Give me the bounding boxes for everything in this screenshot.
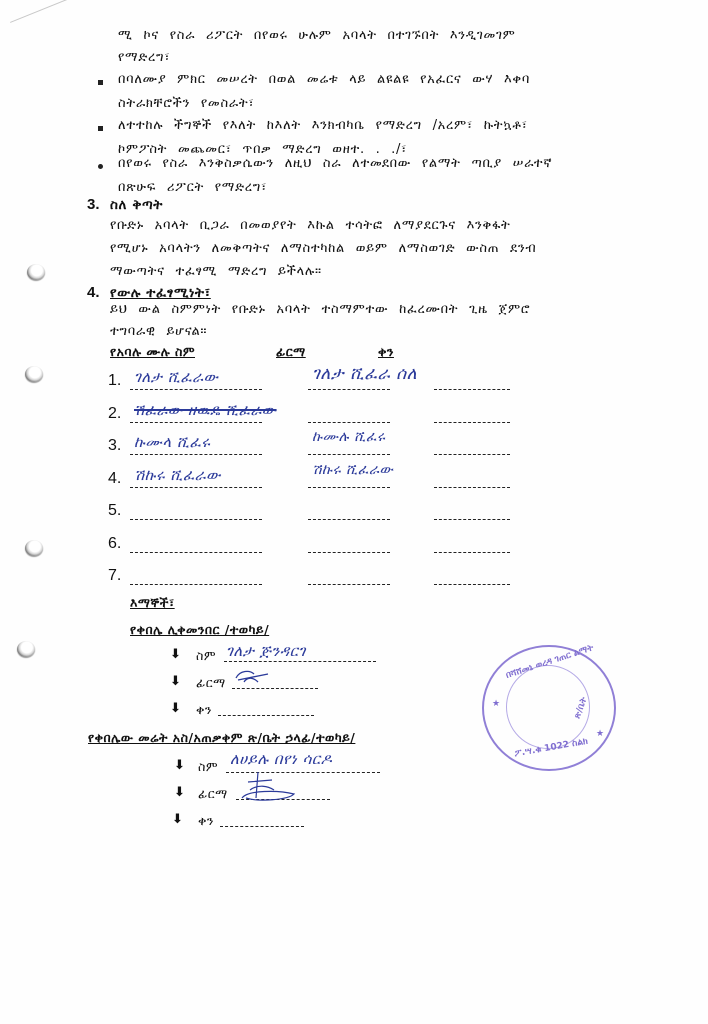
- header-date: ቀን: [378, 344, 394, 360]
- row-number: 7.: [108, 567, 121, 585]
- section-4-line-2: ተግባራዊ ይሆናል።: [110, 320, 207, 344]
- bullet-round-icon: [98, 164, 103, 169]
- arrow-down-icon: ⬇: [172, 812, 183, 827]
- kebele-date-label: ቀን: [196, 702, 212, 718]
- scan-artifact-line: [10, 0, 112, 23]
- row-number: 6.: [108, 535, 121, 553]
- section-4-line-1: ይህ ውል ስምምነት የቡድኑ አባላት ተስማምተው ከፈረሙበት ጊዜ ጀ…: [110, 298, 530, 322]
- member-signature-field[interactable]: [308, 519, 390, 520]
- member-date-field[interactable]: [434, 389, 510, 390]
- bullet-square-icon: [98, 80, 103, 85]
- bullet-2-line-1: ለተተከሉ ችግኞች የእለት ከእለት እንክብካቤ የማድረግ /አረም፣ …: [118, 114, 528, 138]
- official-stamp: በሻሸመኔ ወረዳ ገጠር ልማት ጽ/ቤት ፖ.ሣ.ቁ 1022 ስልክ ★ …: [482, 645, 616, 771]
- member-name-field[interactable]: [130, 487, 262, 488]
- row-number: 1.: [108, 372, 121, 390]
- section-3-number: 3.: [87, 196, 100, 213]
- arrow-down-icon: ⬇: [170, 701, 181, 716]
- member-name-value: ሽኩሩ ሺፈራው: [134, 466, 221, 484]
- section-3-line-1: የቡድኑ አባላት ቢጋራ በመወያየት እኩል ተሳትፎ ለማያደርጉና እን…: [110, 214, 511, 238]
- member-name-field[interactable]: [130, 422, 262, 423]
- kebele-date-field[interactable]: [218, 715, 314, 716]
- member-signature-field[interactable]: [308, 552, 390, 553]
- intro-line-2: የማድረግ፣: [118, 46, 170, 70]
- section-3-title: ስለ ቅጣት: [110, 197, 163, 213]
- member-date-field[interactable]: [434, 454, 510, 455]
- punch-hole: [25, 540, 43, 556]
- row-number: 4.: [108, 470, 121, 488]
- land-office-name-value: ለሀይሉ በየነ ሳርዶ: [230, 750, 332, 768]
- bullet-square-icon: [98, 126, 103, 131]
- star-icon: ★: [492, 699, 500, 709]
- member-signature-value: ገለታ ሺፈራ ሰለ: [312, 364, 417, 384]
- kebele-name-value: ገለታ ጅንዳርገ: [226, 642, 306, 660]
- member-name-value: ሽፈራው ዘዉዴ ሺፈራው: [134, 401, 277, 419]
- row-number: 3.: [108, 437, 121, 455]
- member-date-field[interactable]: [434, 487, 510, 488]
- witnesses-title: እማኞች፣: [130, 595, 175, 611]
- arrow-down-icon: ⬇: [174, 758, 185, 773]
- member-signature-field[interactable]: [308, 422, 390, 423]
- punch-hole: [25, 366, 43, 382]
- member-signature-field[interactable]: [308, 487, 390, 488]
- land-office-date-label: ቀን: [198, 813, 214, 829]
- member-name-value: ኩሙላ ሺፈሩ: [134, 433, 210, 451]
- section-3-line-3: ማውጣትና ተፈፃሚ ማድረግ ይችላሉ።: [110, 260, 322, 284]
- row-number: 2.: [108, 405, 121, 423]
- bullet-1-line-1: በባለሙያ ምክር መሠረት በወል መሬቱ ላይ ልዩልዩ የአፈርና ውሃ …: [118, 68, 530, 92]
- bullet-3-line-1: በየወሩ የስራ እንቅስቃሴውን ለዚህ ስራ ለተመደበው የልማት ጣቢያ…: [118, 152, 552, 176]
- bullet-1-line-2: ስትራክቸሮችን የመስራት፣: [118, 92, 254, 116]
- land-office-signature-label: ፊርማ: [198, 786, 228, 802]
- header-signature: ፊርማ: [276, 344, 306, 360]
- member-date-field[interactable]: [434, 584, 510, 585]
- section-4-number: 4.: [87, 284, 100, 301]
- kebele-chair-title: የቀበሌ ሊቀመንበር /ተወካይ/: [130, 622, 269, 638]
- member-name-field[interactable]: [130, 552, 262, 553]
- header-full-name: የአባሉ ሙሉ ስም: [110, 344, 195, 360]
- kebele-name-label: ስም: [196, 648, 216, 664]
- scanned-document-page: ሚ ኮና የስራ ሪፖርት በየወሩ ሁሉም አባላት በተገኙበት እንዲገመ…: [0, 0, 708, 1024]
- member-name-field[interactable]: [130, 519, 262, 520]
- member-signature-value: ሽኩሩ ሺፈራው: [312, 462, 393, 478]
- member-date-field[interactable]: [434, 552, 510, 553]
- member-signature-value: ኩሙሉ ሺፈሩ: [312, 429, 385, 445]
- arrow-down-icon: ⬇: [174, 785, 185, 800]
- arrow-down-icon: ⬇: [170, 674, 181, 689]
- star-icon: ★: [596, 729, 604, 739]
- member-name-field[interactable]: [130, 584, 262, 585]
- kebele-name-field[interactable]: [224, 661, 376, 662]
- land-office-signature-scribble: [238, 768, 298, 812]
- land-office-name-label: ስም: [198, 759, 218, 775]
- punch-hole: [27, 264, 45, 280]
- member-signature-field[interactable]: [308, 454, 390, 455]
- kebele-signature-label: ፊርማ: [196, 675, 226, 691]
- member-date-field[interactable]: [434, 422, 510, 423]
- punch-hole: [17, 641, 35, 657]
- land-office-title: የቀበሌው መሬት አስ/አጠቃቀም ጽ/ቤት ኃላፊ/ተወካይ/: [88, 730, 355, 746]
- land-office-date-field[interactable]: [220, 826, 304, 827]
- member-name-field[interactable]: [130, 454, 262, 455]
- row-number: 5.: [108, 502, 121, 520]
- member-signature-field[interactable]: [308, 389, 390, 390]
- kebele-signature-value: [232, 668, 272, 689]
- section-3-line-2: የሚሆኑ አባላትን ለመቅጣትና ለማስተካከል ወይም ለማስወገድ ውስጠ…: [110, 237, 536, 261]
- arrow-down-icon: ⬇: [170, 647, 181, 662]
- member-name-field[interactable]: [130, 389, 262, 390]
- member-name-value: ገለታ ሺፈራው: [134, 368, 218, 386]
- member-signature-field[interactable]: [308, 584, 390, 585]
- intro-line-1: ሚ ኮና የስራ ሪፖርት በየወሩ ሁሉም አባላት በተገኙበት እንዲገመ…: [118, 24, 516, 48]
- member-date-field[interactable]: [434, 519, 510, 520]
